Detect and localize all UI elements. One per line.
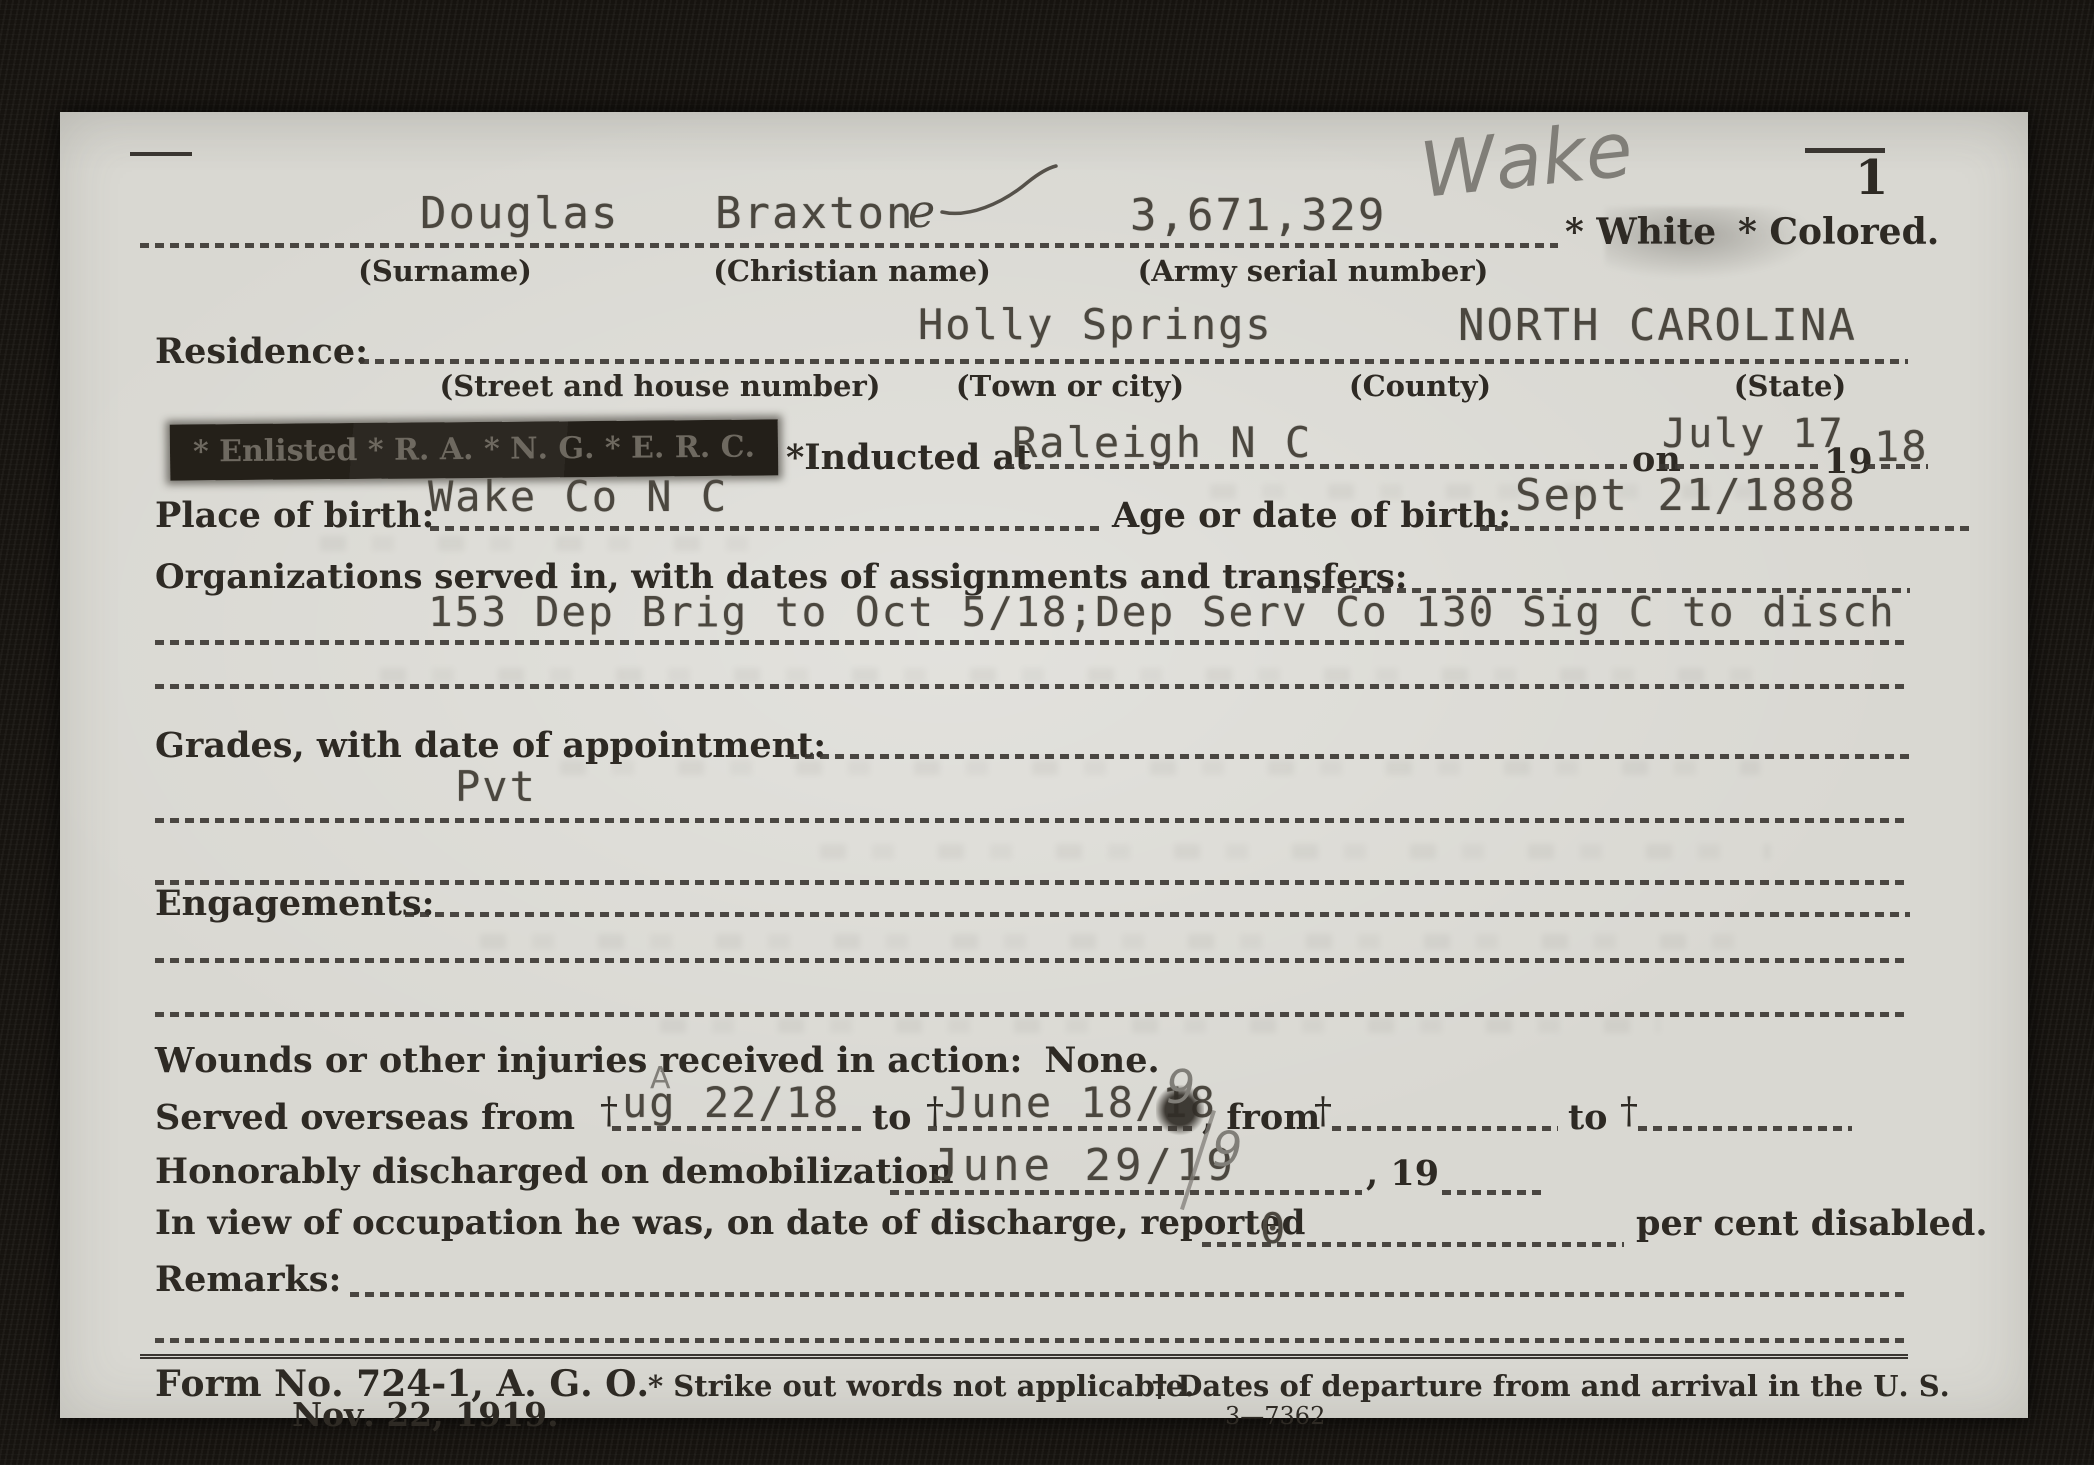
served-overseas-label: Served overseas from — [155, 1100, 575, 1135]
christian-name-value: Braxton — [715, 192, 914, 236]
dagger-mark-4: † — [1620, 1094, 1638, 1130]
place-of-birth-value: Wake Co N C — [428, 476, 728, 518]
inducted-at-label: *Inducted at — [786, 440, 1031, 475]
race-white-label: * White — [1565, 214, 1716, 250]
induction-date-value: July 17 — [1662, 414, 1845, 454]
overseas-from2-fill-line — [1332, 1126, 1558, 1131]
engagements-label: Engagements: — [155, 886, 435, 921]
service-record-card: 1 Wake Douglas Braxton e 3,671,329 * Whi… — [60, 112, 2028, 1418]
inducted-fill-line — [1005, 464, 1627, 469]
bleedthrough-artifact — [660, 1018, 1660, 1033]
organizations-fill-line-2 — [155, 640, 1910, 645]
struck-enlistment-text: * Enlisted * R. A. * N. G. * E. R. C. — [193, 433, 755, 468]
disability-suffix: per cent disabled. — [1636, 1206, 1988, 1241]
wounds-label: Wounds or other injuries received in act… — [155, 1040, 1022, 1081]
surname-caption: (Surname) — [265, 257, 625, 286]
christian-name-flourish: e — [908, 184, 935, 238]
engagements-fill-line-3 — [155, 1012, 1910, 1017]
bleedthrough-artifact — [380, 668, 1780, 683]
remarks-fill-line — [350, 1292, 1908, 1297]
organizations-fill-line-3 — [155, 684, 1910, 689]
overseas-to2-fill-line — [1638, 1126, 1852, 1131]
pencil-correction-9b: 9 — [1212, 1126, 1243, 1174]
residence-town-value: Holly Springs — [918, 304, 1273, 346]
pencil-correction-9a: 9 — [1166, 1064, 1195, 1110]
grades-label: Grades, with date of appointment: — [155, 728, 826, 763]
place-of-birth-label: Place of birth: — [155, 498, 434, 533]
bleedthrough-artifact — [480, 934, 1760, 949]
place-of-birth-fill-line — [430, 526, 1100, 531]
remarks-label: Remarks: — [155, 1262, 341, 1297]
bleedthrough-artifact — [320, 536, 780, 551]
top-left-dash-mark — [130, 152, 192, 156]
age-of-birth-value: Sept 21/1888 — [1515, 474, 1857, 518]
residence-fill-line — [360, 359, 1908, 364]
page-number: 1 — [1855, 154, 1888, 202]
name-fill-line — [140, 243, 1558, 248]
footer-fill-line — [155, 1338, 1910, 1343]
disability-value: 0 — [1260, 1208, 1287, 1250]
serial-number-value: 3,671,329 — [1130, 194, 1386, 238]
christian-name-caption: (Christian name) — [617, 257, 1087, 286]
discharged-fill-line-2 — [1442, 1190, 1546, 1195]
disability-label: In view of occupation he was, on date of… — [155, 1206, 1305, 1240]
organizations-value: 153 Dep Brig to Oct 5/18;Dep Serv Co 130… — [428, 592, 1896, 633]
form-date: Nov. 22, 1919. — [292, 1398, 559, 1431]
scanned-page: 1 Wake Douglas Braxton e 3,671,329 * Whi… — [0, 0, 2094, 1465]
discharged-label: Honorably discharged on demobilization — [155, 1154, 954, 1189]
overseas-from-fill-line — [612, 1126, 864, 1131]
flourish-swoosh-icon — [940, 164, 1060, 220]
bleedthrough-artifact — [820, 844, 1770, 859]
induction-date-fill-line — [1660, 464, 1818, 469]
overseas-to2-label: to — [1568, 1100, 1608, 1135]
overseas-to-fill-line — [928, 1126, 1198, 1131]
residence-state-value: NORTH CAROLINA — [1458, 304, 1857, 348]
wounds-value: None. — [1044, 1040, 1159, 1081]
overseas-from-value: ug 22/18 — [622, 1082, 840, 1124]
dagger-mark-3: † — [1314, 1094, 1332, 1130]
dagger-mark-1: † — [600, 1094, 618, 1130]
surname-value: Douglas — [420, 192, 619, 236]
print-code: 3—7362 — [1225, 1404, 1325, 1428]
residence-label: Residence: — [155, 334, 368, 369]
induction-year-value: 18 — [1874, 426, 1929, 468]
age-of-birth-fill-line — [1480, 526, 1970, 531]
dagger-mark-2: † — [926, 1094, 944, 1130]
footer-rule — [140, 1354, 1908, 1359]
induction-year-fill-line — [1866, 464, 1928, 469]
race-colored-label: * Colored. — [1738, 214, 1939, 250]
strike-out-note: * Strike out words not applicable. — [648, 1372, 1194, 1401]
dagger-note: † Dates of departure from and arrival in… — [1152, 1372, 1950, 1401]
overseas-to-word-1: to — [872, 1100, 912, 1135]
engagements-fill-line-2 — [155, 958, 1910, 963]
serial-caption: (Army serial number) — [1078, 257, 1548, 286]
age-of-birth-label: Age or date of birth: — [1112, 498, 1511, 533]
grades-fill-line-2 — [155, 818, 1910, 823]
engagements-fill-line-1 — [405, 912, 1910, 917]
grades-fill-line-1 — [790, 754, 1910, 759]
discharged-year-suffix: , 19 — [1366, 1156, 1439, 1191]
state-caption: (State) — [1540, 372, 2040, 401]
grades-value: Pvt — [455, 766, 537, 808]
county-handwritten: Wake — [1417, 111, 1636, 209]
inducted-place-value: Raleigh N C — [1012, 422, 1312, 464]
